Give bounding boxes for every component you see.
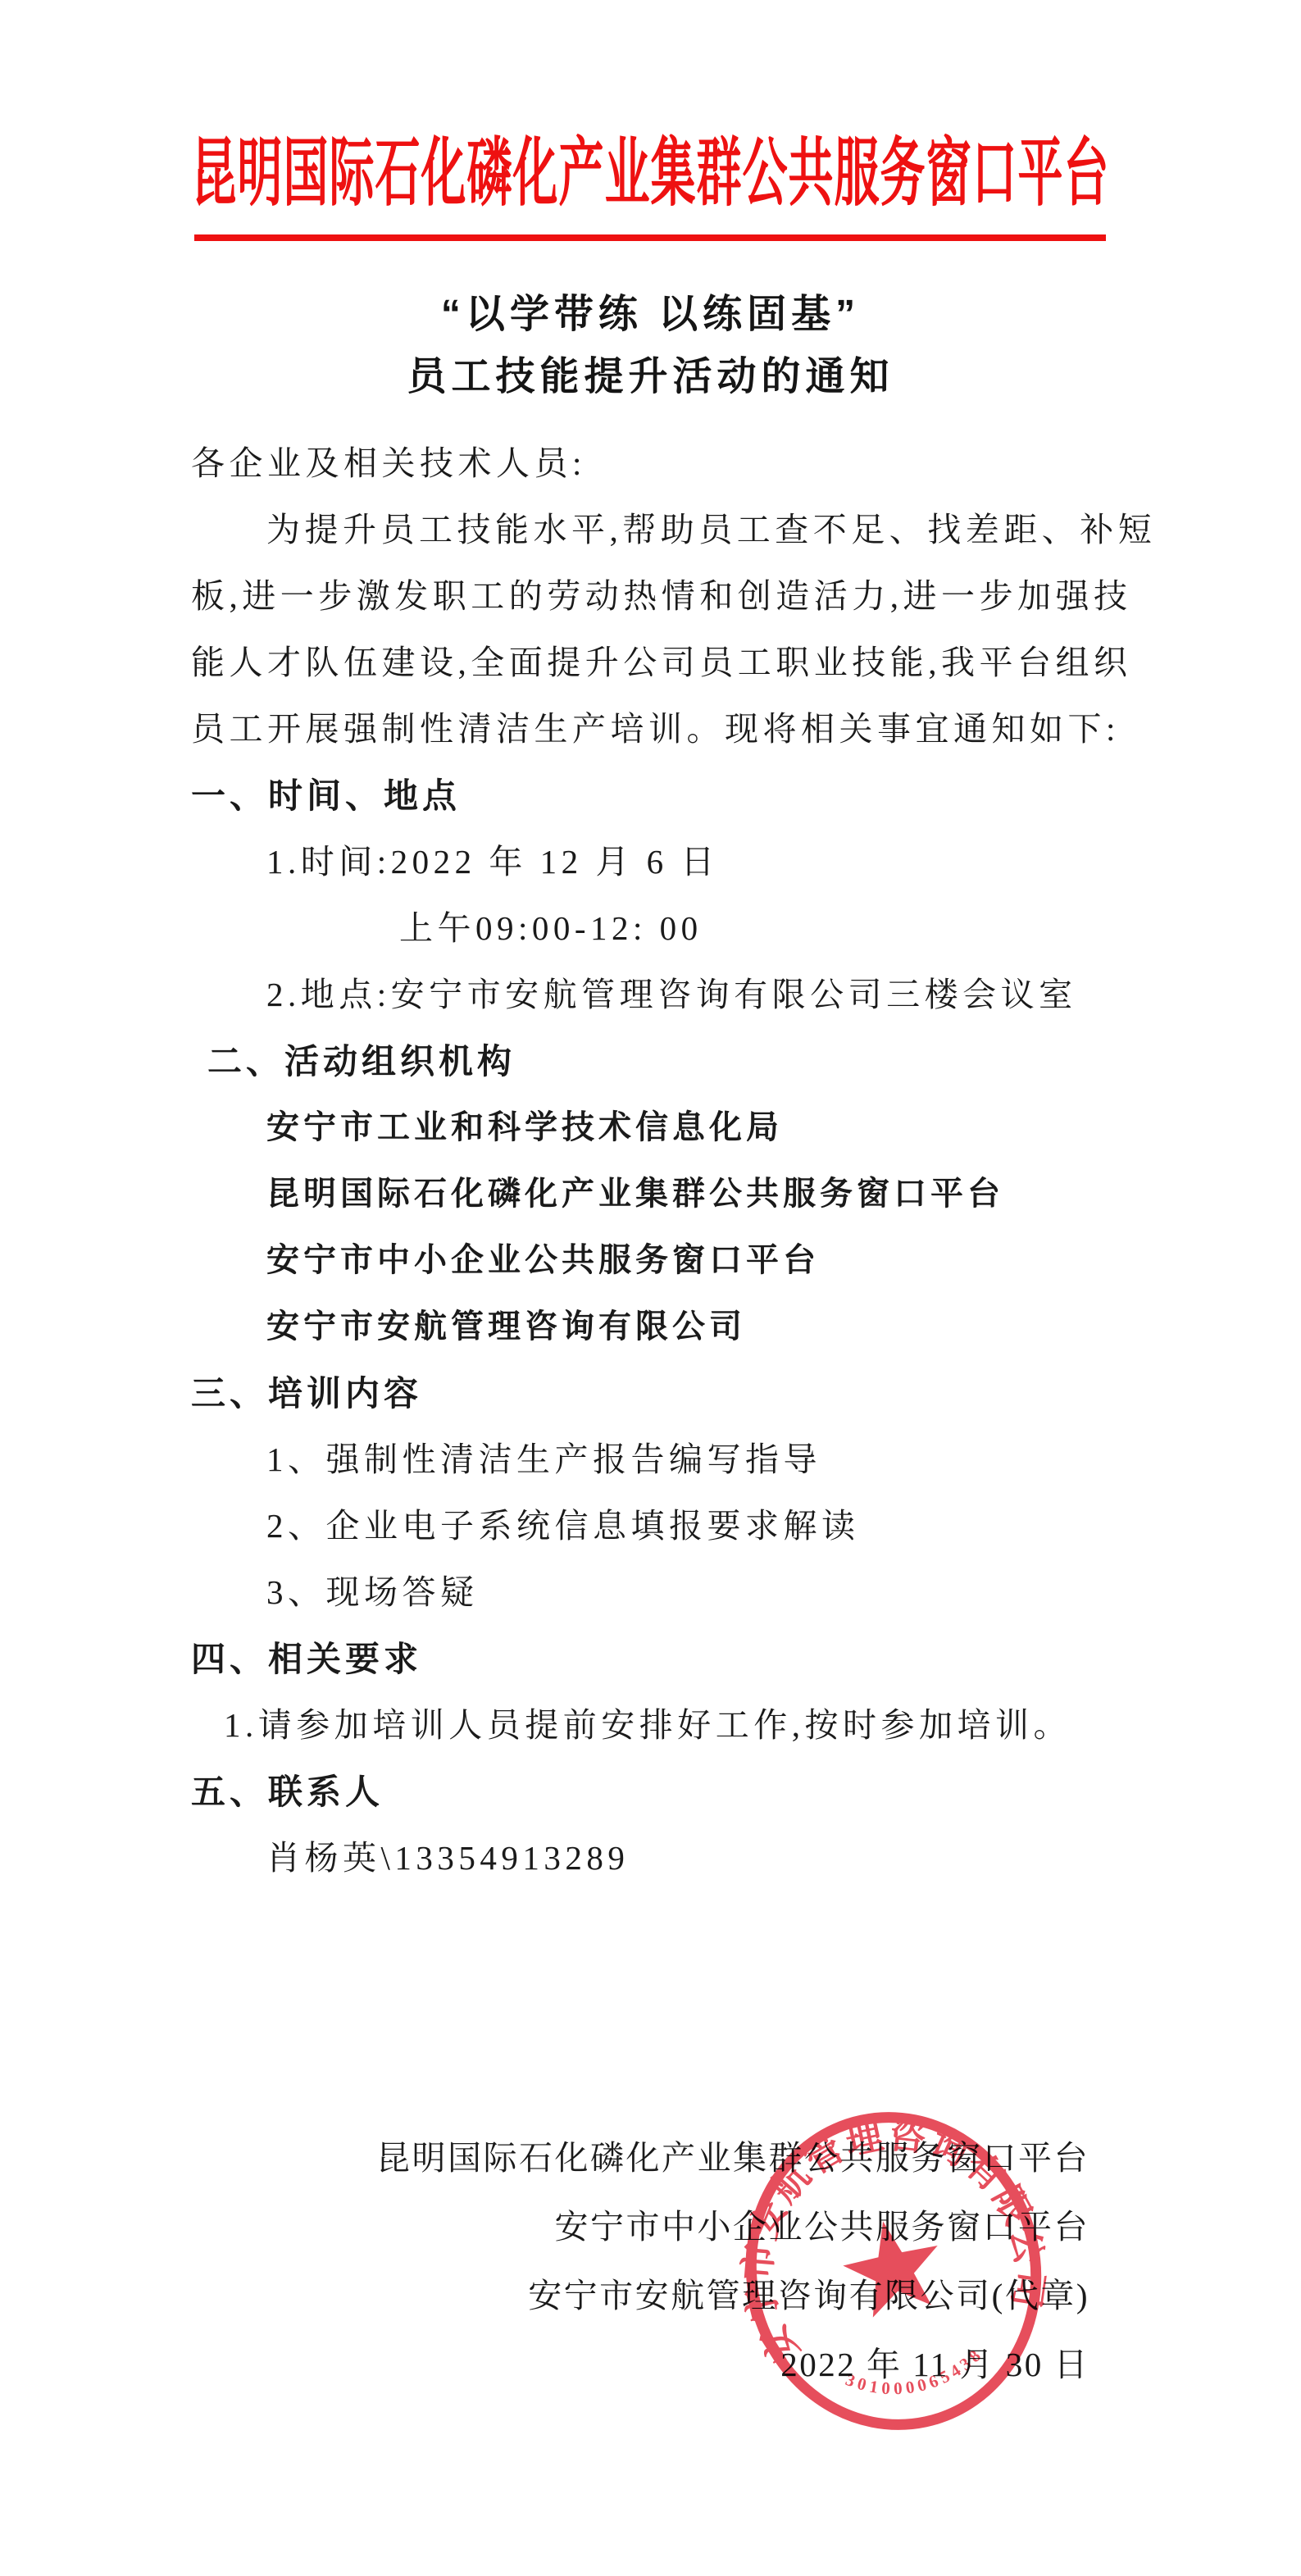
organizer-line: 安宁市中小企业公共服务窗口平台 [191,1227,1178,1294]
title-line-2: 员工技能提升活动的通知 [0,346,1301,408]
content-item: 2、企业电子系统信息填报要求解读 [191,1493,1178,1559]
notice-body: 各企业及相关技术人员: 为提升员工技能水平,帮助员工查不足、找差距、补短 板,进… [191,430,1178,1891]
organizer-line: 安宁市安航管理咨询有限公司 [191,1294,1178,1360]
masthead-banner: 昆明国际石化磷化产业集群公共服务窗口平台 [0,136,1301,181]
body-line: 员工开展强制性清洁生产培训。现将相关事宜通知如下: [191,696,1178,762]
section-heading-organizers: 二、活动组织机构 [191,1028,1178,1095]
content-item: 1、强制性清洁生产报告编写指导 [191,1427,1178,1493]
section-heading-content: 三、培训内容 [191,1360,1178,1427]
seal-star-icon [835,2211,949,2321]
salutation-line: 各企业及相关技术人员: [191,430,1178,497]
red-divider-rule [194,234,1106,241]
notice-title: “以学带练 以练固基” 员工技能提升活动的通知 [0,284,1301,408]
body-line: 能人才队伍建设,全面提升公司员工职业技能,我平台组织 [191,630,1178,696]
organizer-line: 安宁市工业和科学技术信息化局 [191,1095,1178,1161]
requirement-line: 1.请参加培训人员提前安排好工作,按时参加培训。 [191,1692,1178,1759]
masthead-text: 昆明国际石化磷化产业集群公共服务窗口平台 [191,136,1109,211]
section-heading-requirements: 四、相关要求 [191,1626,1178,1692]
body-line: 板,进一步激发职工的劳动热情和创造活力,进一步加强技 [191,563,1178,630]
section-heading-contact: 五、联系人 [191,1759,1178,1825]
title-line-1: “以学带练 以练固基” [0,284,1301,346]
place-line: 2.地点:安宁市安航管理咨询有限公司三楼会议室 [191,962,1178,1028]
company-seal-stamp: 安宁市安航管理咨询有限公司 301000065438 [705,2074,1082,2468]
section-heading-time-place: 一、时间、地点 [191,762,1178,829]
content-item: 3、现场答疑 [191,1559,1178,1626]
notice-document-page: 昆明国际石化磷化产业集群公共服务窗口平台 “以学带练 以练固基” 员工技能提升活… [0,0,1301,2576]
body-line: 为提升员工技能水平,帮助员工查不足、找差距、补短 [191,497,1178,563]
organizer-line: 昆明国际石化磷化产业集群公共服务窗口平台 [191,1161,1178,1227]
time-range-line: 上午09:00-12: 00 [191,895,1178,962]
time-line: 1.时间:2022 年 12 月 6 日 [191,829,1178,895]
contact-line: 肖杨英\13354913289 [191,1825,1178,1891]
